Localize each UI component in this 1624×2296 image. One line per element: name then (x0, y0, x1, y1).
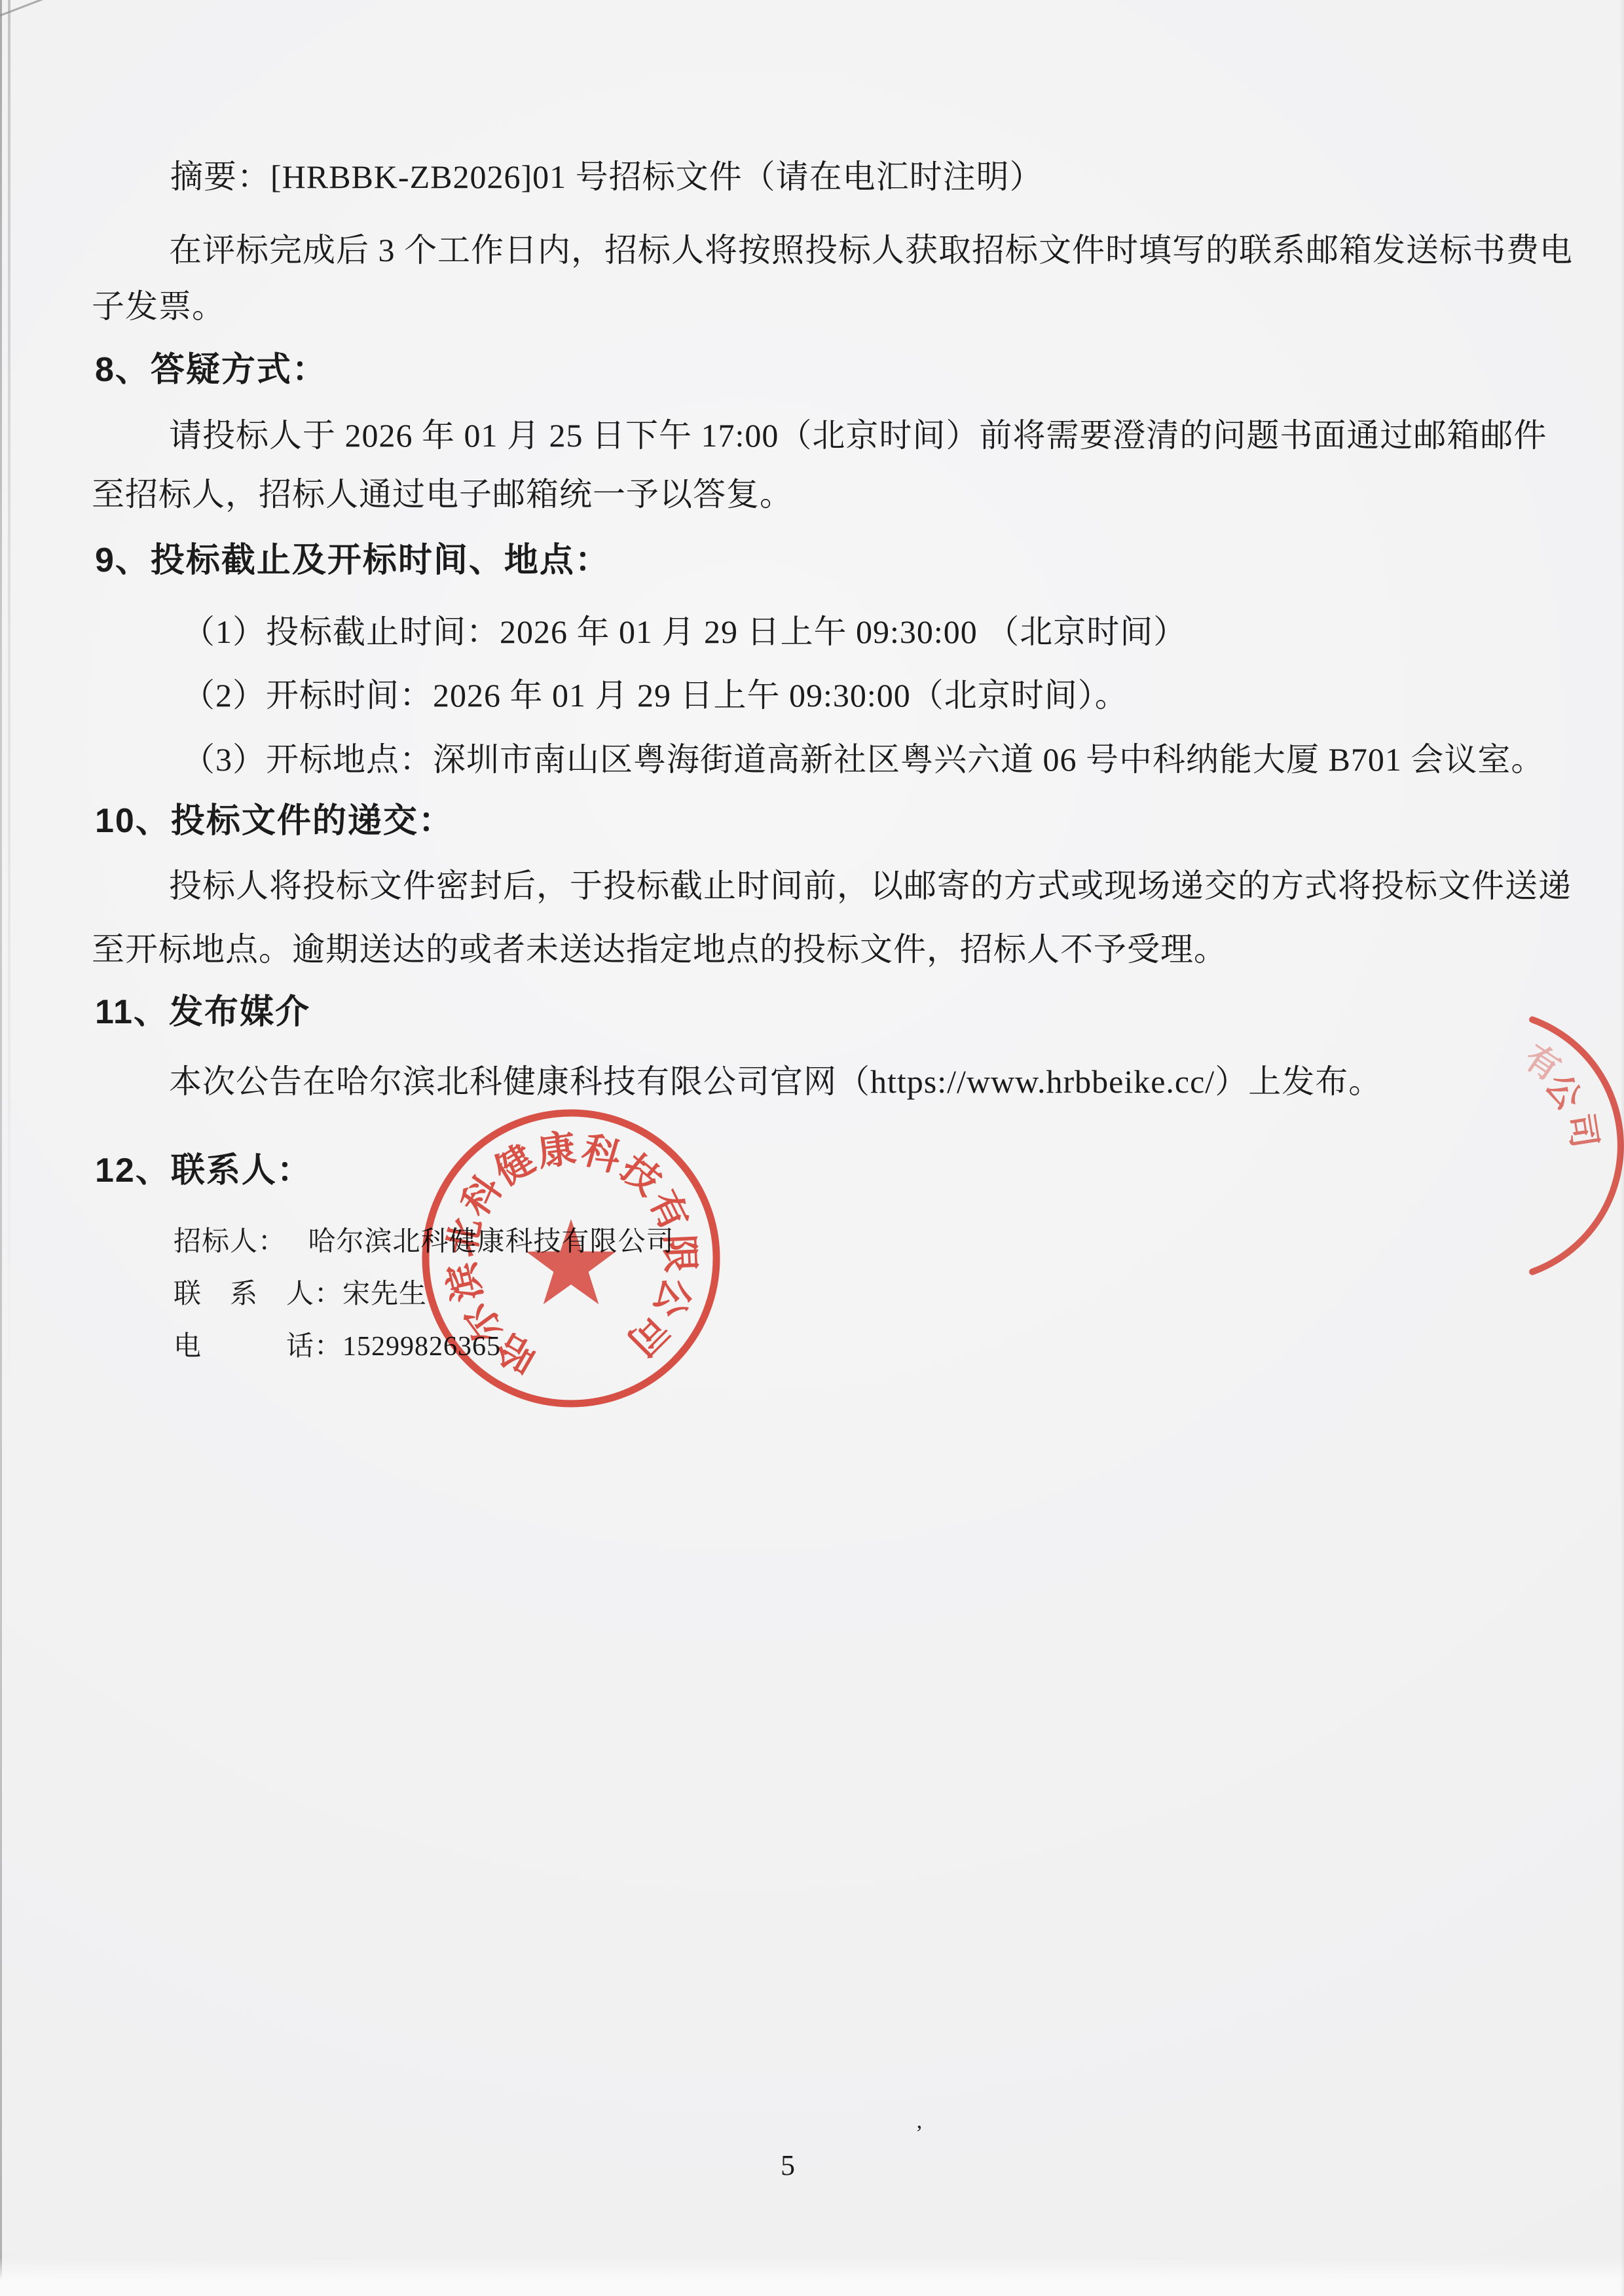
section-9-heading: 9、投标截止及开标时间、地点： (95, 543, 610, 577)
company-seal: 哈 尔 滨 北 科 健 康 科 技 有 限 公 司 (414, 1101, 728, 1415)
scan-edge-line (8, 0, 10, 1423)
section-8-paragraph-line1: 请投标人于 2026 年 01 月 25 日下午 17:00（北京时间）前将需要… (169, 419, 1547, 452)
seal-char: 北 (440, 1214, 489, 1260)
seal-char: 司 (1560, 1111, 1603, 1150)
section-8-paragraph-line2: 至招标人，招标人通过电子邮箱统一予以答复。 (92, 478, 793, 511)
scan-edge-left (0, 0, 2, 2296)
section-9-item-1: （1）投标截止时间：2026 年 01 月 29 日上午 09:30:00 （北… (182, 615, 1187, 648)
seal-char: 康 (535, 1127, 578, 1174)
contact-person-line: 联 系 人：宋先生 (174, 1281, 427, 1308)
section-9-item-3: （3）开标地点：深圳市南山区粤海街道高新社区粤兴六道 06 号中科纳能大厦 B7… (182, 743, 1544, 776)
section-11-paragraph: 本次公告在哈尔滨北科健康科技有限公司官网（https://www.hrbbeik… (169, 1065, 1382, 1098)
seal-char: 滨 (440, 1259, 490, 1305)
partial-seal: 有 公 司 (1346, 1005, 1624, 1286)
partial-seal-text: 有 公 司 (1517, 1038, 1603, 1150)
section-10-heading: 10、投标文件的递交： (95, 804, 454, 838)
section-10-paragraph-line1: 投标人将投标文件密封后，于投标截止时间前，以邮寄的方式或现场递交的方式将投标文件… (169, 869, 1572, 902)
scan-bottom-band (0, 2258, 1624, 2296)
section-8-heading: 8、答疑方式： (95, 353, 327, 387)
seal-char: 限 (657, 1233, 701, 1273)
section-9-item-2: （2）开标时间：2026 年 01 月 29 日上午 09:30:00（北京时间… (182, 679, 1128, 712)
invoice-paragraph-line2: 子发票。 (92, 290, 225, 323)
stray-ink-mark: ’ (915, 2123, 923, 2145)
scan-corner-artifact (0, 0, 46, 18)
invoice-paragraph-line1: 在评标完成后 3 个工作日内，招标人将按照投标人获取招标文件时填写的联系邮箱发送… (169, 234, 1573, 266)
scanned-document-page: 摘要：[HRBBK-ZB2026]01 号招标文件（请在电汇时注明） 在评标完成… (0, 0, 1624, 2296)
section-11-heading: 11、发布媒介 (95, 995, 310, 1029)
seal-star-icon (526, 1219, 616, 1304)
summary-line: 摘要：[HRBBK-ZB2026]01 号招标文件（请在电汇时注明） (170, 160, 1043, 193)
section-10-paragraph-line2: 至开标地点。逾期送达的或者未送达指定地点的投标文件，招标人不予受理。 (92, 933, 1227, 966)
section-12-heading: 12、联系人： (95, 1154, 312, 1188)
page-number: 5 (781, 2151, 796, 2180)
